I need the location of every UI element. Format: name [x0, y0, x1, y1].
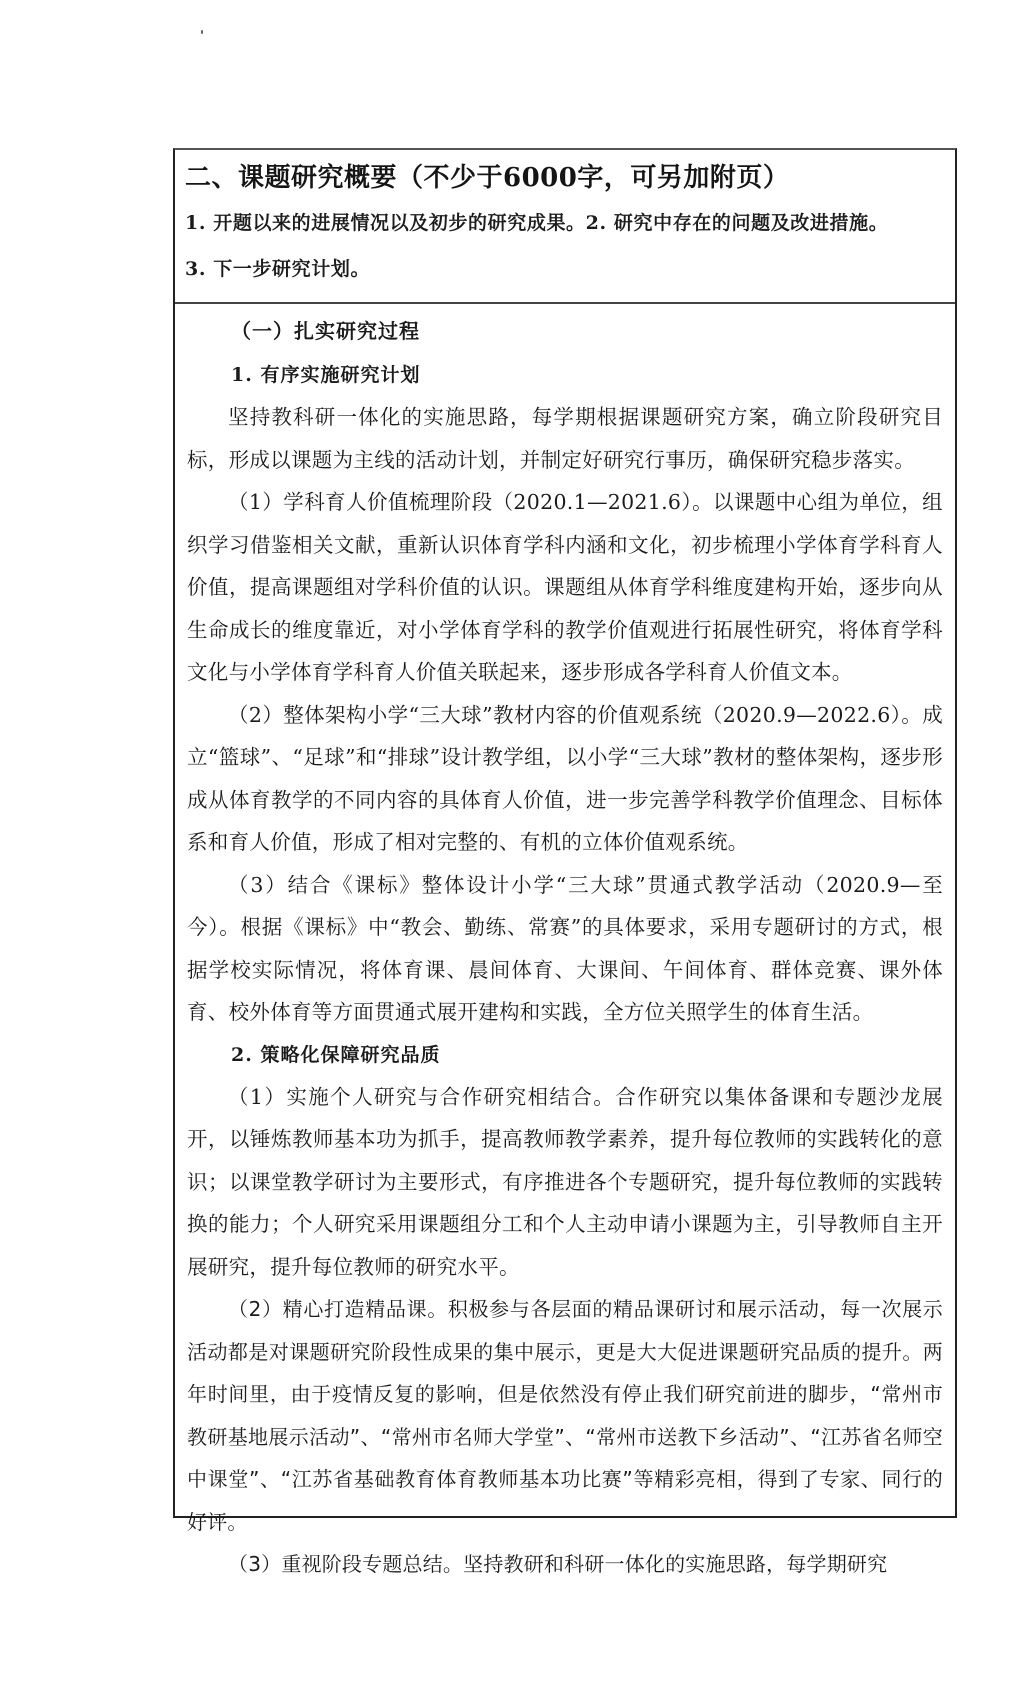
paragraph-item-2-2: （2）精心打造精品课。积极参与各层面的精品课研讨和展示活动，每一次展示活动都是对… — [187, 1288, 943, 1543]
instruction-line-2: 3. 下一步研究计划。 — [185, 246, 947, 292]
paragraph-item-1-1: （1）学科育人价值梳理阶段（2020.1—2021.6）。以课题中心组为单位，组… — [187, 481, 943, 694]
heading-research-process: （一）扎实研究过程 — [187, 308, 943, 354]
heading-subsection-2: 2. 策略化保障研究品质 — [187, 1034, 943, 1076]
section-title: 二、课题研究概要（不少于6000字，可另加附页） — [185, 156, 947, 200]
paragraph-item-1-2: （2）整体架构小学“三大球”教材内容的价值观系统（2020.9—2022.6）。… — [187, 694, 943, 864]
form-header: 二、课题研究概要（不少于6000字，可另加附页） 1. 开题以来的进展情况以及初… — [175, 150, 955, 304]
paragraph-item-2-1: （1）实施个人研究与合作研究相结合。合作研究以集体备课和专题沙龙展开，以锤炼教师… — [187, 1076, 943, 1289]
instruction-line-1: 1. 开题以来的进展情况以及初步的研究成果。2. 研究中存在的问题及改进措施。 — [185, 200, 947, 246]
scan-speck — [201, 30, 203, 34]
heading-subsection-1: 1. 有序实施研究计划 — [187, 354, 943, 396]
paragraph-item-2-3: （3）重视阶段专题总结。坚持教研和科研一体化的实施思路，每学期研究 — [187, 1543, 943, 1586]
form-table: 二、课题研究概要（不少于6000字，可另加附页） 1. 开题以来的进展情况以及初… — [173, 148, 957, 1518]
paragraph-item-1-3: （3）结合《课标》整体设计小学“三大球”贯通式教学活动（2020.9—至今）。根… — [187, 864, 943, 1034]
paragraph-intro: 坚持教科研一体化的实施思路，每学期根据课题研究方案，确立阶段研究目标，形成以课题… — [187, 396, 943, 481]
form-body: （一）扎实研究过程 1. 有序实施研究计划 坚持教科研一体化的实施思路，每学期根… — [175, 304, 955, 1586]
